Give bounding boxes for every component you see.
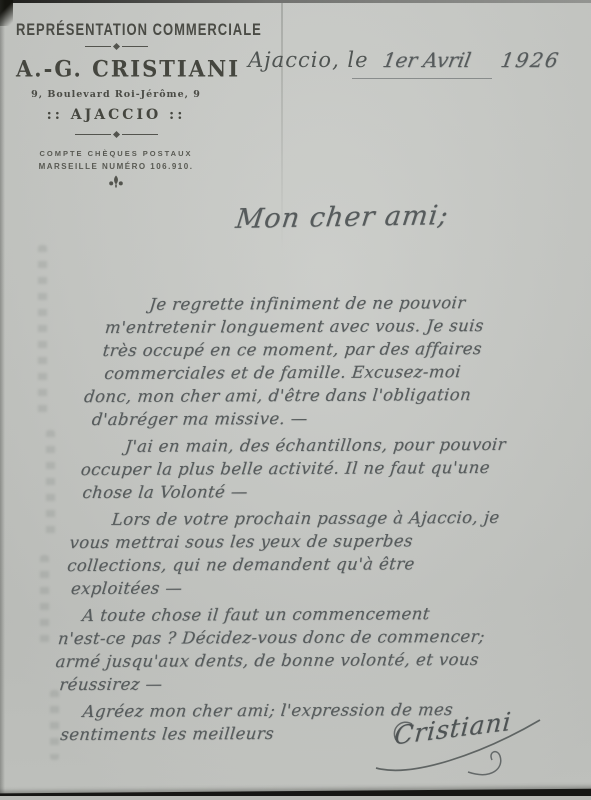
body-line: armé jusqu'aux dents, de bonne volonté, … xyxy=(55,648,487,673)
ornament-divider-icon xyxy=(16,44,216,49)
body-line: collections, qui ne demandent qu'à être xyxy=(66,552,496,577)
body-line: A toute chose il faut un commencement xyxy=(81,602,491,627)
ornament-divider-icon xyxy=(16,132,216,137)
body-line: occuper la plus belle activité. Il ne fa… xyxy=(80,456,506,481)
dateline-handwritten-date: 1er Avril xyxy=(381,48,473,72)
body-line: vous mettrai sous les yeux de superbes xyxy=(68,529,498,554)
letterhead-address: 9, Boulevard Roi-Jérôme, 9 xyxy=(16,89,216,100)
dateline: Ajaccio, le 1er Avril 1926 xyxy=(248,48,560,72)
body-line: Lors de votre prochain passage à Ajaccio… xyxy=(111,506,501,531)
body-line: J'ai en main, des échantillons, pour pou… xyxy=(124,433,508,458)
body-line: m'entretenir longuement avec vous. Je su… xyxy=(104,314,520,339)
body-line: Je regrette infiniment de ne pouvoir xyxy=(148,291,522,316)
letter-body: Je regrette infiniment de ne pouvoir m'e… xyxy=(43,291,522,746)
letterhead-name: A.-G. CRISTIANI xyxy=(16,55,216,82)
scan-top-edge xyxy=(0,0,591,3)
letterhead: REPRÉSENTATION COMMERCIALE A.-G. CRISTIA… xyxy=(16,20,216,193)
scan-below-edge xyxy=(0,796,591,800)
dateline-year: 1926 xyxy=(499,48,562,72)
fleur-ornament-icon xyxy=(16,175,216,193)
signature: Cristiani xyxy=(372,706,547,796)
body-line: n'est-ce pas ? Décidez-vous donc de comm… xyxy=(57,625,489,650)
letterhead-cheques-line1: COMPTE CHÈQUES POSTAUX xyxy=(16,149,216,158)
dateline-rule xyxy=(352,78,492,79)
scan-left-edge xyxy=(0,0,5,800)
letterhead-city: :: AJACCIO :: xyxy=(16,107,216,123)
salutation: Mon cher ami; xyxy=(234,200,451,235)
body-line: exploitées — xyxy=(70,575,494,600)
letterhead-activity: REPRÉSENTATION COMMERCIALE xyxy=(16,20,216,39)
body-line: donc, mon cher ami, d'être dans l'obliga… xyxy=(83,383,513,408)
letterhead-cheques-line2: MARSEILLE NUMÉRO 106.910. xyxy=(16,162,216,171)
body-line: réussirez — xyxy=(58,671,484,696)
scanned-letter-page: REPRÉSENTATION COMMERCIALE A.-G. CRISTIA… xyxy=(0,0,591,800)
body-line: très occupé en ce moment, par des affair… xyxy=(102,337,518,362)
dateline-printed-prefix: Ajaccio, le xyxy=(248,48,369,72)
body-line: d'abréger ma missive. — xyxy=(91,406,511,431)
body-line: chose la Volonté — xyxy=(81,479,503,504)
body-line: commerciales et de famille. Excusez-moi xyxy=(103,360,515,385)
